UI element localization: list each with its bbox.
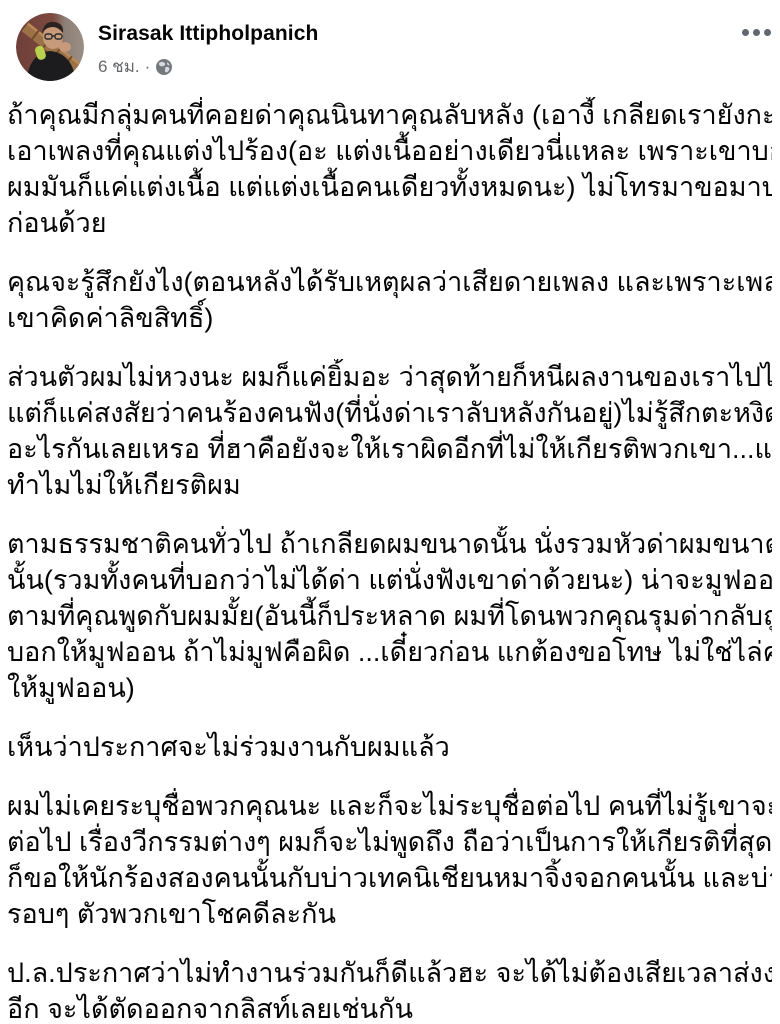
meta-separator: · — [145, 57, 151, 77]
avatar-photo — [16, 13, 84, 81]
timestamp: 6 ชม. — [98, 53, 140, 80]
post-header: Sirasak Ittipholpanich 6 ชม. · — [0, 0, 780, 95]
post-text-paragraph: คุณจะรู้สึกยังไง(ตอนหลังได้รับเหตุผลว่าเ… — [7, 264, 772, 336]
post-meta[interactable]: 6 ชม. · — [98, 53, 318, 80]
globe-icon — [155, 58, 173, 76]
header-text: Sirasak Ittipholpanich 6 ชม. · — [98, 21, 318, 80]
post-text-paragraph: ตามธรรมชาติคนทั่วไป ถ้าเกลียดผมขนาดนั้น … — [7, 526, 772, 706]
avatar[interactable] — [16, 13, 84, 81]
post-text-paragraph: ป.ล.ประกาศว่าไม่ทำงานร่วมกันก็ดีแล้วฮะ จ… — [7, 955, 772, 1024]
ellipsis-icon — [764, 29, 771, 36]
ellipsis-icon — [753, 29, 760, 36]
facebook-post: Sirasak Ittipholpanich 6 ชม. · — [0, 0, 780, 1024]
post-text-paragraph: เห็นว่าประกาศจะไม่ร่วมงานกับผมแล้ว — [7, 729, 772, 765]
post-options-button[interactable] — [736, 18, 776, 46]
post-text-paragraph: ถ้าคุณมีกลุ่มคนที่คอยด่าคุณนินทาคุณลับหล… — [7, 97, 772, 241]
post-text-paragraph: ผมไม่เคยระบุชื่อพวกคุณนะ และก็จะไม่ระบุช… — [7, 788, 772, 932]
post-body: ถ้าคุณมีกลุ่มคนที่คอยด่าคุณนินทาคุณลับหล… — [0, 95, 780, 1024]
post-text-paragraph: ส่วนตัวผมไม่หวงนะ ผมก็แค่ยิ้มอะ ว่าสุดท้… — [7, 359, 772, 503]
author-name[interactable]: Sirasak Ittipholpanich — [98, 21, 318, 46]
ellipsis-icon — [742, 29, 749, 36]
